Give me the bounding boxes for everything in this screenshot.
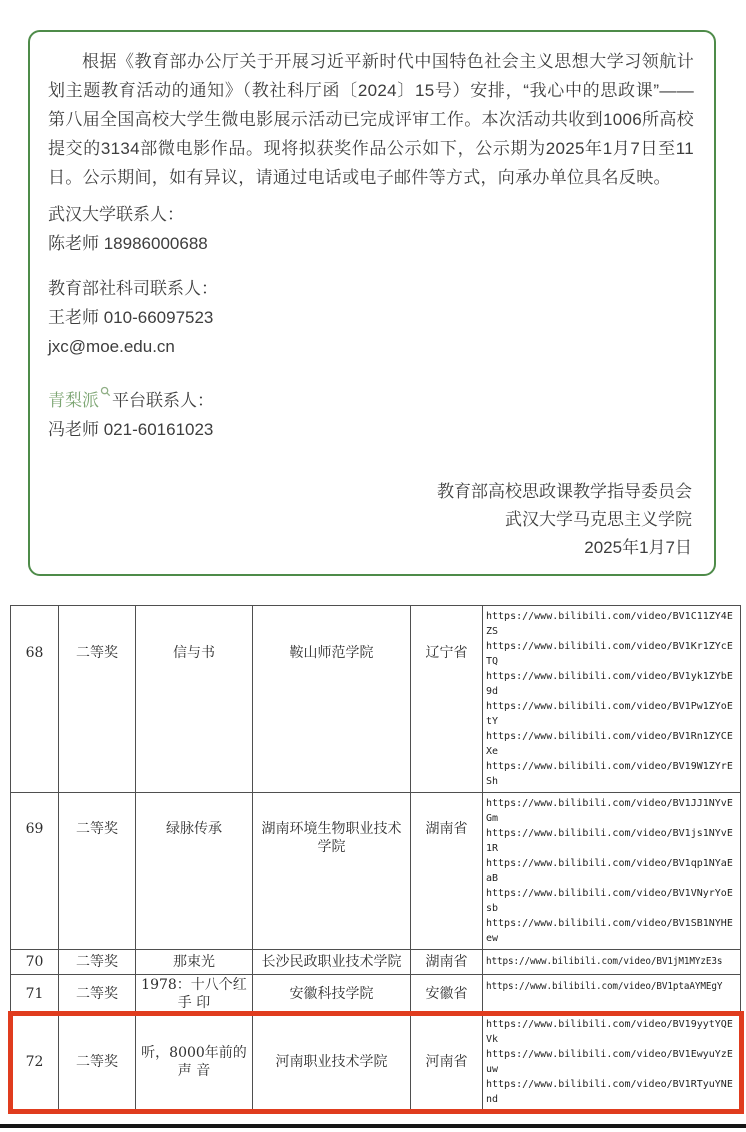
cell-urls: https://www.bilibili.com/video/BV19yytYQ…: [483, 1014, 741, 1111]
cell-school: 河南职业技术学院: [253, 1014, 411, 1111]
cell-province: 河南省: [411, 1014, 483, 1111]
contact-line: 陈老师 18986000688: [48, 229, 694, 258]
video-url-link[interactable]: https://www.bilibili.com/video/BV1JJ1NYv…: [486, 796, 737, 826]
cell-school: 安徽科技学院: [253, 975, 411, 1014]
video-url-link[interactable]: https://www.bilibili.com/video/BV1qp1NYa…: [486, 856, 737, 886]
cell-no: 70: [11, 950, 59, 975]
video-url-link[interactable]: https://www.bilibili.com/video/BV1SB1NYH…: [486, 916, 737, 946]
video-url-link[interactable]: https://www.bilibili.com/video/BV1RTyuYN…: [486, 1077, 737, 1107]
cell-province: 辽宁省: [411, 606, 483, 793]
cell-no: 69: [11, 793, 59, 950]
cell-school: 长沙民政职业技术学院: [253, 950, 411, 975]
qinglipai-link[interactable]: 青梨派: [48, 391, 99, 410]
bottom-divider: [0, 1124, 746, 1128]
contact-heading: 青梨派平台联系人：: [48, 377, 694, 415]
notice-paragraph: 根据《教育部办公厅关于开展习近平新时代中国特色社会主义思想大学习领航计划主题教育…: [48, 47, 694, 192]
contact-heading: 教育部社科司联系人：: [48, 274, 694, 303]
contact-line: 冯老师 021-60161023: [48, 415, 694, 444]
cell-province: 安徽省: [411, 975, 483, 1014]
video-url-link[interactable]: https://www.bilibili.com/video/BV1js1NYv…: [486, 826, 737, 856]
awards-table: 68二等奖信与书鞍山师范学院辽宁省https://www.bilibili.co…: [10, 605, 741, 1111]
table-row: 71二等奖1978：十八个红手 印安徽科技学院安徽省https://www.bi…: [11, 975, 741, 1014]
table-row: 70二等奖那束光长沙民政职业技术学院湖南省https://www.bilibil…: [11, 950, 741, 975]
cell-title: 1978：十八个红手 印: [136, 975, 253, 1014]
contact-line: 王老师 010-66097523: [48, 303, 694, 332]
cell-title: 那束光: [136, 950, 253, 975]
signature-date: 2025年1月7日: [48, 534, 692, 562]
cell-title: 信与书: [136, 606, 253, 793]
cell-no: 71: [11, 975, 59, 1014]
cell-province: 湖南省: [411, 950, 483, 975]
signature-org-2: 武汉大学马克思主义学院: [48, 506, 692, 534]
contact-group-moe: 教育部社科司联系人： 王老师 010-66097523 jxc@moe.edu.…: [48, 274, 694, 361]
video-url-link[interactable]: https://www.bilibili.com/video/BV1EwyuYz…: [486, 1047, 737, 1077]
cell-title: 听，8000年前的声 音: [136, 1014, 253, 1111]
table-row: 69二等奖绿脉传承湖南环境生物职业技术学院湖南省https://www.bili…: [11, 793, 741, 950]
cell-no: 68: [11, 606, 59, 793]
cell-school: 鞍山师范学院: [253, 606, 411, 793]
video-url-link[interactable]: https://www.bilibili.com/video/BV1Rn1ZYC…: [486, 729, 737, 759]
cell-no: 72: [11, 1014, 59, 1111]
video-url-link[interactable]: https://www.bilibili.com/video/BV1C11ZY4…: [486, 609, 737, 639]
cell-province: 湖南省: [411, 793, 483, 950]
cell-urls: https://www.bilibili.com/video/BV1jM1MYz…: [483, 950, 741, 975]
cell-school: 湖南环境生物职业技术学院: [253, 793, 411, 950]
contact-heading: 武汉大学联系人：: [48, 200, 694, 229]
contact-email: jxc@moe.edu.cn: [48, 332, 694, 361]
cell-urls: https://www.bilibili.com/video/BV1ptaAYM…: [483, 975, 741, 1014]
cell-award: 二等奖: [59, 606, 136, 793]
cell-urls: https://www.bilibili.com/video/BV1JJ1NYv…: [483, 793, 741, 950]
contact-heading-rest: 平台联系人：: [112, 391, 214, 410]
cell-urls: https://www.bilibili.com/video/BV1C11ZY4…: [483, 606, 741, 793]
contact-group-wuhan: 武汉大学联系人： 陈老师 18986000688: [48, 200, 694, 258]
table-row: 68二等奖信与书鞍山师范学院辽宁省https://www.bilibili.co…: [11, 606, 741, 793]
search-icon: [100, 382, 111, 401]
video-url-link[interactable]: https://www.bilibili.com/video/BV1yk1ZYb…: [486, 669, 737, 699]
cell-award: 二等奖: [59, 975, 136, 1014]
contact-group-qinglipai: 青梨派平台联系人： 冯老师 021-60161023: [48, 377, 694, 444]
video-url-link[interactable]: https://www.bilibili.com/video/BV19yytYQ…: [486, 1017, 737, 1047]
signature-block: 教育部高校思政课教学指导委员会 武汉大学马克思主义学院 2025年1月7日: [48, 478, 694, 562]
cell-award: 二等奖: [59, 793, 136, 950]
video-url-link[interactable]: https://www.bilibili.com/video/BV1Pw1ZYo…: [486, 699, 737, 729]
cell-award: 二等奖: [59, 1014, 136, 1111]
signature-org-1: 教育部高校思政课教学指导委员会: [48, 478, 692, 506]
video-url-link[interactable]: https://www.bilibili.com/video/BV19W1ZYr…: [486, 759, 737, 789]
video-url-link[interactable]: https://www.bilibili.com/video/BV1jM1MYz…: [486, 954, 737, 969]
video-url-link[interactable]: https://www.bilibili.com/video/BV1ptaAYM…: [486, 979, 737, 994]
video-url-link[interactable]: https://www.bilibili.com/video/BV1VNyrYo…: [486, 886, 737, 916]
cell-title: 绿脉传承: [136, 793, 253, 950]
video-url-link[interactable]: https://www.bilibili.com/video/BV1Kr1ZYc…: [486, 639, 737, 669]
table-row: 72二等奖听，8000年前的声 音河南职业技术学院河南省https://www.…: [11, 1014, 741, 1111]
cell-award: 二等奖: [59, 950, 136, 975]
notice-box: 根据《教育部办公厅关于开展习近平新时代中国特色社会主义思想大学习领航计划主题教育…: [28, 30, 716, 576]
